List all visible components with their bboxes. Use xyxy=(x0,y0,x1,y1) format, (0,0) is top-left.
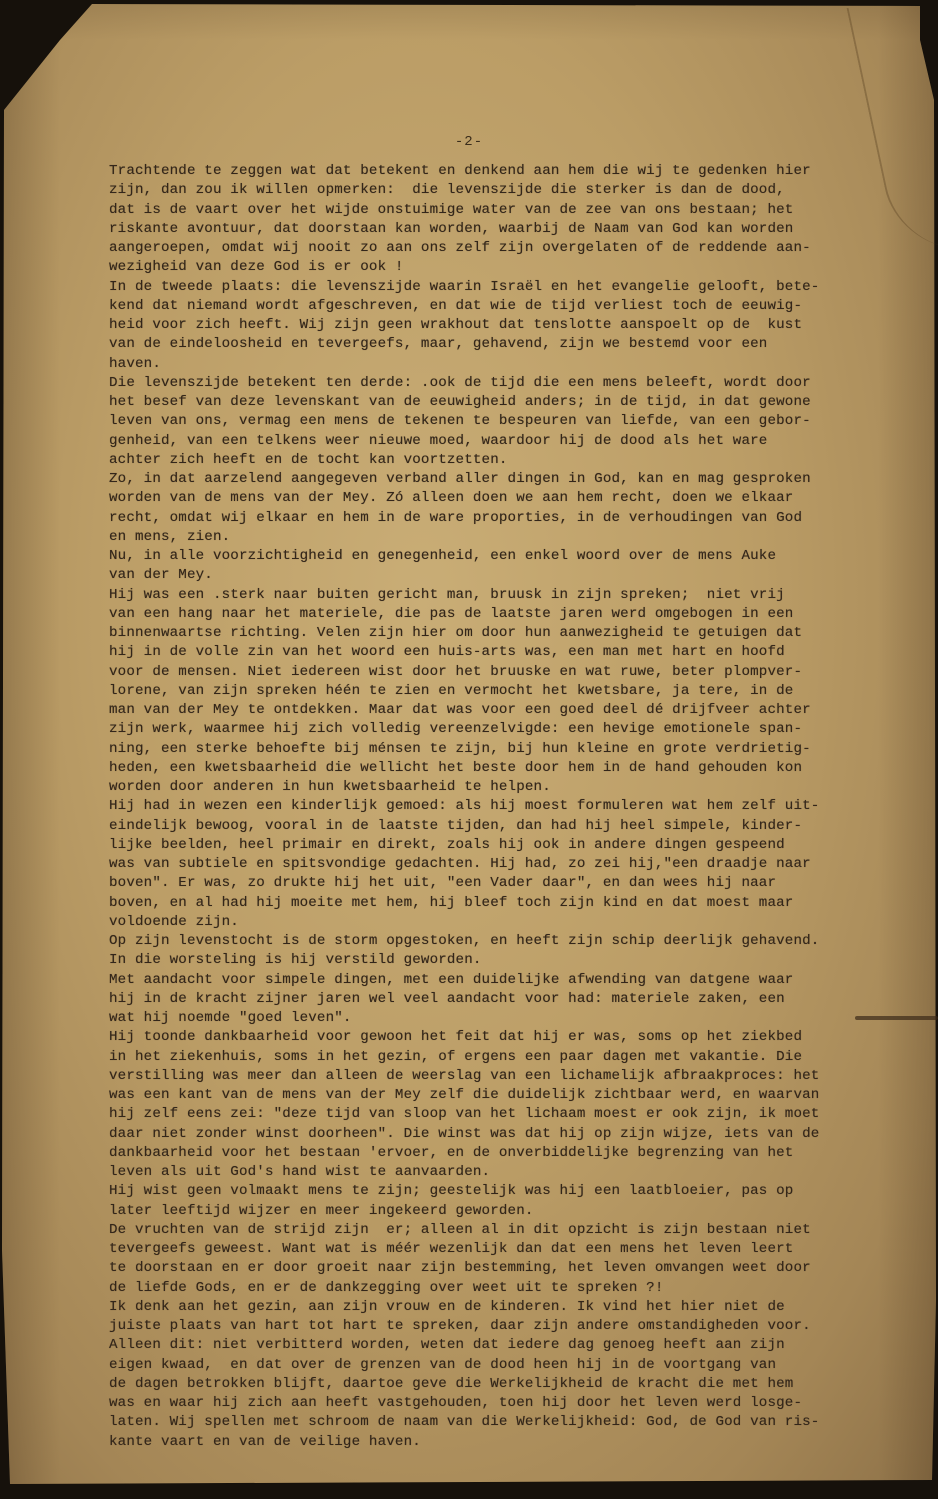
text-line: in het ziekenhuis, soms in het gezin, of… xyxy=(109,1048,869,1067)
text-line: Hij toonde dankbaarheid voor gewoon het … xyxy=(109,1028,869,1047)
text-line: worden door anderen in hun kwetsbaarheid… xyxy=(109,778,869,797)
text-line: voldoende zijn. xyxy=(109,913,869,932)
text-line: lorene, van zijn spreken héén te zien en… xyxy=(109,682,869,701)
text-line: leven van ons, vermag een mens de tekene… xyxy=(109,412,869,431)
text-line: laten. Wij spellen met schroom de naam v… xyxy=(109,1413,869,1432)
text-line: ning, een sterke behoefte bij ménsen te … xyxy=(109,740,869,759)
text-line: voor de mensen. Niet iedereen wist door … xyxy=(109,663,869,682)
text-line: leven als uit God's hand wist te aanvaar… xyxy=(109,1163,869,1182)
text-line: eindelijk bewoog, vooral in de laatste t… xyxy=(109,817,869,836)
text-line: verstilling was meer dan alleen de weers… xyxy=(109,1067,869,1086)
text-line: riskante avontuur, dat doorstaan kan wor… xyxy=(109,220,869,239)
text-line: was van subtiele en spitsvondige gedacht… xyxy=(109,855,869,874)
text-line: het besef van deze levenskant van de eeu… xyxy=(109,393,869,412)
text-line: hij zelf eens zei: "deze tijd van sloop … xyxy=(109,1105,869,1124)
text-line: hij in de kracht zijner jaren wel veel a… xyxy=(109,990,869,1009)
text-line: Die levenszijde betekent ten derde: .ook… xyxy=(109,374,869,393)
text-line: de liefde Gods, en er de dankzegging ove… xyxy=(109,1279,869,1298)
text-line: Nu, in alle voorzichtigheid en genegenhe… xyxy=(109,547,869,566)
text-line: tevergeefs geweest. Want wat is méér wez… xyxy=(109,1240,869,1259)
text-line: worden van de mens van der Mey. Zó allee… xyxy=(109,489,869,508)
text-line: heid voor zich heeft. Wij zijn geen wrak… xyxy=(109,316,869,335)
text-line: genheid, van een telkens weer nieuwe moe… xyxy=(109,432,869,451)
text-line: dankbaarheid voor het bestaan 'ervoer, e… xyxy=(109,1144,869,1163)
text-line: Hij was een .sterk naar buiten gericht m… xyxy=(109,586,869,605)
text-line: hij in de volle zin van het woord een hu… xyxy=(109,643,869,662)
text-line: van de eindeloosheid en tevergeefs, maar… xyxy=(109,335,869,354)
text-line: van een hang naar het materiele, die pas… xyxy=(109,605,869,624)
text-line: De vruchten van de strijd zijn er; allee… xyxy=(109,1221,869,1240)
text-line: binnenwaartse richting. Velen zijn hier … xyxy=(109,624,869,643)
text-line: recht, omdat wij elkaar en hem in de war… xyxy=(109,509,869,528)
text-line: heden, een kwetsbaarheid die wellicht he… xyxy=(109,759,869,778)
text-line: te doorstaan en er door groeit naar zijn… xyxy=(109,1259,869,1278)
text-line: boven". Er was, zo drukte hij het uit, "… xyxy=(109,874,869,893)
text-line: Ik denk aan het gezin, aan zijn vrouw en… xyxy=(109,1298,869,1317)
text-line: wat hij noemde "goed leven". xyxy=(109,1009,869,1028)
text-line: kante vaart en van de veilige haven. xyxy=(109,1433,869,1452)
text-line: dat is de vaart over het wijde onstuimig… xyxy=(109,201,869,220)
text-line: man van der Mey te ontdekken. Maar dat w… xyxy=(109,701,869,720)
text-line: was een kant van de mens van der Mey zel… xyxy=(109,1086,869,1105)
text-line: zijn, dan zou ik willen opmerken: die le… xyxy=(109,181,869,200)
text-line: en mens, zien. xyxy=(109,528,869,547)
text-line: boven, en al had hij moeite met hem, hij… xyxy=(109,894,869,913)
text-line: Hij wist geen volmaakt mens te zijn; gee… xyxy=(109,1182,869,1201)
text-line: was en waar hij zich aan heeft vastgehou… xyxy=(109,1394,869,1413)
text-line: achter zich heeft en de tocht kan voortz… xyxy=(109,451,869,470)
text-line: Zo, in dat aarzelend aangegeven verband … xyxy=(109,470,869,489)
text-line: kend dat niemand wordt afgeschreven, en … xyxy=(109,297,869,316)
text-line: eigen kwaad, en dat over de grenzen van … xyxy=(109,1356,869,1375)
text-line: Alleen dit: niet verbitterd worden, wete… xyxy=(109,1336,869,1355)
typewritten-body: Trachtende te zeggen wat dat betekent en… xyxy=(109,162,869,1452)
text-line: Trachtende te zeggen wat dat betekent en… xyxy=(109,162,869,181)
text-line: juiste plaats van hart tot hart te sprek… xyxy=(109,1317,869,1336)
text-line: later leeftijd wijzer en meer ingekeerd … xyxy=(109,1202,869,1221)
text-line: Op zijn levenstocht is de storm opgestok… xyxy=(109,932,869,951)
text-line: haven. xyxy=(109,355,869,374)
page-number: -2- xyxy=(0,134,938,150)
text-line: daar niet zonder winst doorheen". Die wi… xyxy=(109,1125,869,1144)
text-line: wezigheid van deze God is er ook ! xyxy=(109,258,869,277)
text-line: de dagen betrokken blijft, daartoe geve … xyxy=(109,1375,869,1394)
text-line: Hij had in wezen een kinderlijk gemoed: … xyxy=(109,797,869,816)
text-line: van der Mey. xyxy=(109,566,869,585)
text-line: In die worsteling is hij verstild geword… xyxy=(109,951,869,970)
text-line: In de tweede plaats: die levenszijde waa… xyxy=(109,278,869,297)
text-line: aangeroepen, omdat wij nooit zo aan ons … xyxy=(109,239,869,258)
text-line: zijn werk, waarmee hij zich volledig ver… xyxy=(109,720,869,739)
text-line: Met aandacht voor simpele dingen, met ee… xyxy=(109,971,869,990)
text-line: lijke beelden, heel primair en direkt, z… xyxy=(109,836,869,855)
